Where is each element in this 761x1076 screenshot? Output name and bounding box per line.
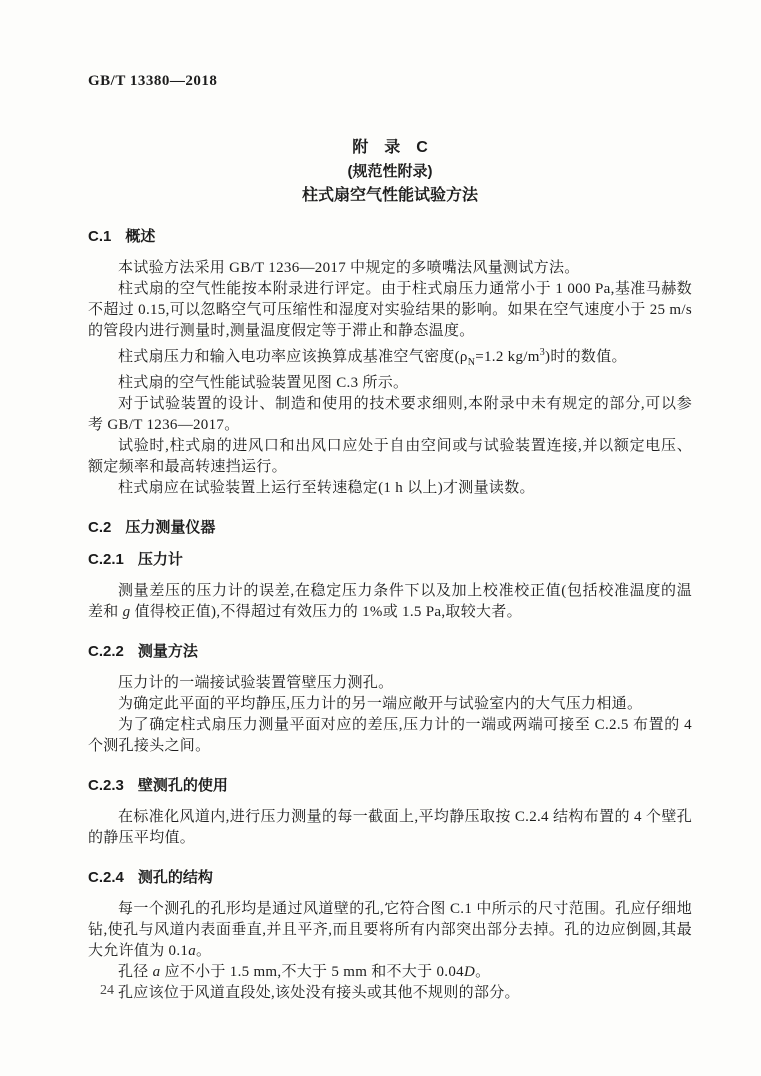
standard-code-header: GB/T 13380—2018	[88, 73, 692, 90]
section-number: C.2.1	[88, 551, 124, 568]
text-run: 值得校正值),不得超过有效压力的 1%或 1.5 Pa,取较大者。	[130, 604, 521, 620]
paragraph: 柱式扇的空气性能按本附录进行评定。由于柱式扇压力通常小于 1 000 Pa,基准…	[88, 279, 692, 342]
section-body-c21: 测量差压的压力计的误差,在稳定压力条件下以及加上校准校正值(包括校准温度的温差和…	[88, 581, 692, 623]
section-body-c24: 每一个测孔的孔形均是通过风道壁的孔,它符合图 C.1 中所示的尺寸范围。孔应仔细…	[88, 899, 692, 1004]
paragraph-manometer-error: 测量差压的压力计的误差,在稳定压力条件下以及加上校准校正值(包括校准温度的温差和…	[88, 581, 692, 623]
text-run: =1.2 kg/m	[475, 349, 540, 365]
section-body-c1: 本试验方法采用 GB/T 1236—2017 中规定的多喷嘴法风量测试方法。 柱…	[88, 258, 692, 499]
text-run: 柱式扇压力和输入电功率应该换算成基准空气密度(ρ	[118, 349, 468, 365]
section-title: 测孔的结构	[138, 869, 213, 886]
page-number: 24	[100, 983, 114, 999]
paragraph-density-formula: 柱式扇压力和输入电功率应该换算成基准空气密度(ρN=1.2 kg/m3)时的数值…	[88, 342, 692, 373]
italic-variable-a: a	[188, 943, 196, 959]
section-heading-c23: C.2.3壁测孔的使用	[88, 777, 692, 795]
section-body-c22: 压力计的一端接试验装置管壁压力测孔。 为确定此平面的平均静压,压力计的另一端应敞…	[88, 673, 692, 757]
paragraph: 为了确定柱式扇压力测量平面对应的差压,压力计的一端或两端可接至 C.2.5 布置…	[88, 715, 692, 757]
section-title: 压力计	[138, 551, 183, 568]
paragraph: 柱式扇的空气性能试验装置见图 C.3 所示。	[88, 373, 692, 394]
paragraph-hole-diameter: 孔径 a 应不小于 1.5 mm,不大于 5 mm 和不大于 0.04D。	[88, 962, 692, 983]
text-run: 孔径	[118, 964, 153, 980]
paragraph-hole-shape: 每一个测孔的孔形均是通过风道壁的孔,它符合图 C.1 中所示的尺寸范围。孔应仔细…	[88, 899, 692, 962]
section-number: C.2.3	[88, 777, 124, 794]
section-number: C.2.4	[88, 869, 124, 886]
section-body-c23: 在标准化风道内,进行压力测量的每一截面上,平均静压取按 C.2.4 结构布置的 …	[88, 807, 692, 849]
section-heading-c2: C.2压力测量仪器	[88, 519, 692, 537]
appendix-title-block: 附 录 C (规范性附录) 柱式扇空气性能试验方法	[88, 136, 692, 208]
appendix-subtitle-method: 柱式扇空气性能试验方法	[88, 184, 692, 208]
text-run: 。	[196, 943, 211, 959]
section-title: 概述	[125, 228, 155, 245]
text-run: 每一个测孔的孔形均是通过风道壁的孔,它符合图 C.1 中所示的尺寸范围。孔应仔细…	[88, 901, 692, 959]
document-page: GB/T 13380—2018 附 录 C (规范性附录) 柱式扇空气性能试验方…	[0, 0, 761, 1076]
section-number: C.1	[88, 228, 111, 245]
section-number: C.2	[88, 519, 111, 536]
paragraph: 孔应该位于风道直段处,该处没有接头或其他不规则的部分。	[88, 983, 692, 1004]
section-title: 壁测孔的使用	[138, 777, 228, 794]
italic-variable-D: D	[464, 964, 475, 980]
section-title: 测量方法	[138, 643, 198, 660]
section-title: 压力测量仪器	[125, 519, 215, 536]
appendix-subtitle-normative: (规范性附录)	[88, 160, 692, 184]
page-content: GB/T 13380—2018 附 录 C (规范性附录) 柱式扇空气性能试验方…	[88, 73, 692, 1004]
appendix-title: 附 录 C	[88, 136, 692, 160]
text-run: )时的数值。	[545, 349, 627, 365]
section-heading-c22: C.2.2测量方法	[88, 643, 692, 661]
paragraph: 本试验方法采用 GB/T 1236—2017 中规定的多喷嘴法风量测试方法。	[88, 258, 692, 279]
section-heading-c21: C.2.1压力计	[88, 551, 692, 569]
section-heading-c24: C.2.4测孔的结构	[88, 869, 692, 887]
section-number: C.2.2	[88, 643, 124, 660]
paragraph: 在标准化风道内,进行压力测量的每一截面上,平均静压取按 C.2.4 结构布置的 …	[88, 807, 692, 849]
paragraph: 试验时,柱式扇的进风口和出风口应处于自由空间或与试验装置连接,并以额定电压、额定…	[88, 436, 692, 478]
text-run: 。	[475, 964, 490, 980]
paragraph: 压力计的一端接试验装置管壁压力测孔。	[88, 673, 692, 694]
paragraph: 为确定此平面的平均静压,压力计的另一端应敞开与试验室内的大气压力相通。	[88, 694, 692, 715]
text-run: 应不小于 1.5 mm,不大于 5 mm 和不大于 0.04	[160, 964, 463, 980]
paragraph: 对于试验装置的设计、制造和使用的技术要求细则,本附录中未有规定的部分,可以参考 …	[88, 394, 692, 436]
paragraph: 柱式扇应在试验装置上运行至转速稳定(1 h 以上)才测量读数。	[88, 478, 692, 499]
section-heading-c1: C.1概述	[88, 228, 692, 246]
